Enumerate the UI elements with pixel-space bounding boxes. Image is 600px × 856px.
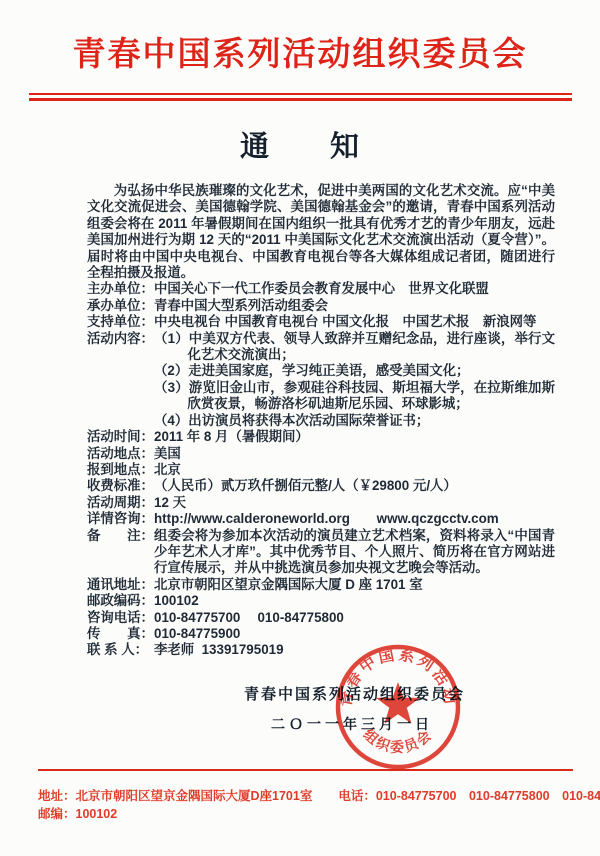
intro-paragraph: 为弘扬中华民族璀璨的文化艺术，促进中美两国的文化艺术交流。应“中美文化交流促进会… bbox=[87, 183, 555, 281]
field-value: 中国关心下一代工作委员会教育发展中心 世界文化联盟 bbox=[154, 281, 555, 297]
field-value: （人民币）贰万玖仟捌佰元整/人（￥29800 元/人） bbox=[154, 478, 555, 494]
field-label: 活动地点： bbox=[87, 446, 154, 462]
field-value: 北京市朝阳区望京金隅国际大厦 D 座 1701 室 bbox=[154, 577, 555, 593]
field-row-fee: 收费标准： （人民币）贰万玖仟捌佰元整/人（￥29800 元/人） bbox=[87, 478, 555, 494]
field-row-organizer: 承办单位： 青春中国大型系列活动组委会 bbox=[87, 298, 555, 314]
field-label: 活动时间： bbox=[87, 429, 154, 445]
field-value: 组委会将为参加本次活动的演员建立艺术档案，资料将录入“中国青少年艺术人才库”。其… bbox=[154, 528, 555, 577]
field-label: 咨询电话： bbox=[87, 610, 154, 626]
field-label: 主办单位： bbox=[87, 281, 154, 297]
field-label: 通讯地址： bbox=[87, 577, 154, 593]
field-row-supporters: 支持单位： 中央电视台 中国教育电视台 中国文化报 中国艺术报 新浪网等 bbox=[87, 314, 555, 330]
field-label: 邮政编码： bbox=[87, 593, 154, 609]
activity-item-1: （1）中美双方代表、领导人致辞并互赠纪念品，进行座谈，举行文化艺术交流演出； bbox=[154, 331, 555, 364]
signature-block: 青春中国系列活动组织委员会 二Ｏ一一年三月一日 bbox=[87, 687, 555, 733]
field-value: 010-84775900 bbox=[154, 626, 555, 642]
field-label: 支持单位： bbox=[87, 314, 154, 330]
field-label: 承办单位： bbox=[87, 298, 154, 314]
activity-item-list: （1）中美双方代表、领导人致辞并互赠纪念品，进行座谈，举行文化艺术交流演出； （… bbox=[154, 331, 555, 429]
field-value: 中央电视台 中国教育电视台 中国文化报 中国艺术报 新浪网等 bbox=[154, 314, 555, 330]
signature-date: 二Ｏ一一年三月一日 bbox=[87, 716, 555, 732]
intro-text-after: 届时将由中国中央电视台、中国教育电视台等各大媒体组成记者团，随团进行全程拍摄及报… bbox=[87, 249, 555, 280]
field-row-duration: 活动周期： 12 天 bbox=[87, 495, 555, 511]
intro-text-bold: “2011 中美国际文化艺术交流演出活动（夏令营）”。 bbox=[245, 232, 555, 247]
field-label: 传 真： bbox=[87, 626, 154, 642]
footer-phones: 电话：010-84775700 010-84775800 010-8477565… bbox=[338, 788, 600, 806]
field-value: 美国 bbox=[154, 446, 555, 462]
letterhead-double-rule bbox=[29, 93, 572, 101]
field-row-websites: 详情咨询： http://www.calderoneworld.org www.… bbox=[87, 511, 555, 527]
activity-item-3: （3）游览旧金山市，参观硅谷科技园、斯坦福大学，在拉斯维加斯欣赏夜景，畅游洛杉矶… bbox=[154, 380, 555, 413]
field-label: 收费标准： bbox=[87, 478, 154, 494]
footer-rule bbox=[38, 769, 573, 771]
field-row-remarks: 备 注： 组委会将为参加本次活动的演员建立艺术档案，资料将录入“中国青少年艺术人… bbox=[87, 528, 555, 577]
footer-row-address-phone: 地址：北京市朝阳区望京金隅国际大厦D座1701室 电话：010-84775700… bbox=[38, 788, 580, 806]
field-row-host: 主办单位： 中国关心下一代工作委员会教育发展中心 世界文化联盟 bbox=[87, 281, 555, 297]
footer-address: 地址：北京市朝阳区望京金隅国际大厦D座1701室 bbox=[38, 788, 312, 806]
field-row-mail-address: 通讯地址： 北京市朝阳区望京金隅国际大厦 D 座 1701 室 bbox=[87, 577, 555, 593]
field-value: 李老师 13391795019 bbox=[154, 642, 555, 658]
activity-item-2: （2）走进美国家庭，学习纯正美语，感受美国文化； bbox=[154, 363, 555, 379]
signature-org-name: 青春中国系列活动组织委员会 bbox=[87, 687, 555, 703]
field-row-location: 活动地点： 美国 bbox=[87, 446, 555, 462]
field-value: 12 天 bbox=[154, 495, 555, 511]
field-value: 100102 bbox=[154, 593, 555, 609]
field-label: 联 系 人： bbox=[87, 642, 154, 658]
field-value: 010-84775700 010-84775800 bbox=[154, 610, 555, 626]
field-label: 活动周期： bbox=[87, 495, 154, 511]
scanned-notice-document: 青春中国系列活动组织委员会 通 知 为弘扬中华民族璀璨的文化艺术，促进中美两国的… bbox=[0, 0, 600, 856]
field-label: 备 注： bbox=[87, 528, 154, 544]
field-row-contact-person: 联 系 人： 李老师 13391795019 bbox=[87, 642, 555, 658]
field-row-fax: 传 真： 010-84775900 bbox=[87, 626, 555, 642]
field-value: 北京 bbox=[154, 462, 555, 478]
field-value: 2011 年 8 月（暑假期间） bbox=[154, 429, 555, 445]
field-label: 报到地点： bbox=[87, 462, 154, 478]
website-urls: http://www.calderoneworld.org www.qczgcc… bbox=[154, 511, 555, 527]
letterhead-org-title: 青春中国系列活动组织委员会 bbox=[0, 0, 600, 76]
field-row-postcode: 邮政编码： 100102 bbox=[87, 593, 555, 609]
footer-contact-block: 地址：北京市朝阳区望京金隅国际大厦D座1701室 电话：010-84775700… bbox=[38, 788, 580, 823]
field-label: 活动内容： bbox=[87, 331, 154, 347]
field-label: 详情咨询： bbox=[87, 511, 154, 527]
field-row-checkin: 报到地点： 北京 bbox=[87, 462, 555, 478]
field-row-activity-content: 活动内容： （1）中美双方代表、领导人致辞并互赠纪念品，进行座谈，举行文化艺术交… bbox=[87, 331, 555, 429]
field-row-phone: 咨询电话： 010-84775700 010-84775800 bbox=[87, 610, 555, 626]
activity-item-4: （4）出访演员将获得本次活动国际荣誉证书； bbox=[154, 413, 555, 429]
field-row-time: 活动时间： 2011 年 8 月（暑假期间） bbox=[87, 429, 555, 445]
field-value: 青春中国大型系列活动组委会 bbox=[154, 298, 555, 314]
notice-title: 通 知 bbox=[0, 131, 600, 164]
notice-body: 为弘扬中华民族璀璨的文化艺术，促进中美两国的文化艺术交流。应“中美文化交流促进会… bbox=[87, 183, 555, 733]
footer-zip: 邮编：100102 bbox=[38, 807, 117, 821]
footer-row-zip: 邮编：100102 bbox=[38, 806, 580, 824]
